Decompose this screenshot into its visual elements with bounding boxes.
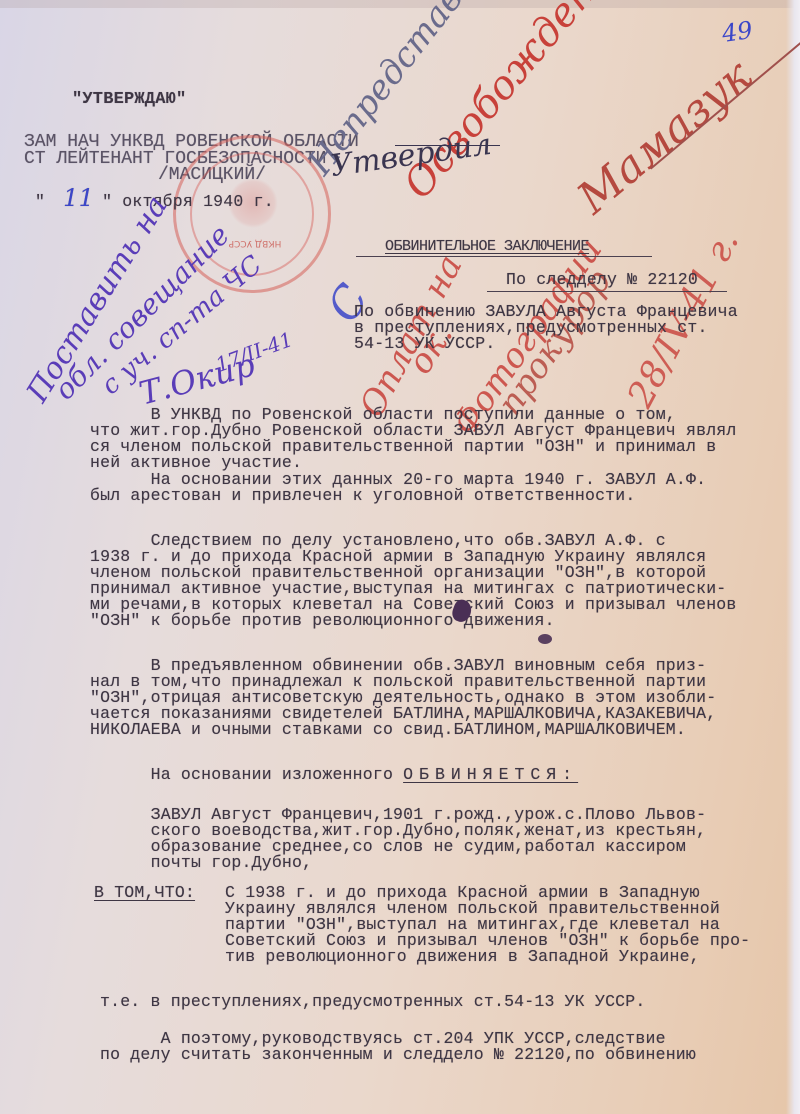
subject-line-3: 54-13 УК УССР. [354,335,495,353]
approval-heading: "УТВЕРЖДАЮ" [72,91,186,109]
signature-underline [395,145,500,146]
charge-word: ОБВИНЯЕТСЯ: [403,765,578,784]
case-number: По следделу № 22120 [506,271,698,289]
date-day-handwritten: 11 [63,184,94,212]
signature-red-top: Мамазук [568,50,761,224]
page-number: 49 [720,16,754,48]
paper-right-edge [786,0,800,1114]
case-number-rule [487,291,727,292]
title-rule [356,256,652,257]
paper-top-edge [0,0,800,8]
crime-article: т.е. в преступлениях,предусмотренных ст.… [100,993,646,1011]
in-that-label: В ТОМ,ЧТО: [94,884,195,902]
charge-heading: На основании изложенного ОБВИНЯЕТСЯ: [90,766,578,784]
document-title: ОБВИНИТЕЛЬНОЕ ЗАКЛЮЧЕНИЕ [385,238,589,256]
ink-blot-small [538,634,552,644]
